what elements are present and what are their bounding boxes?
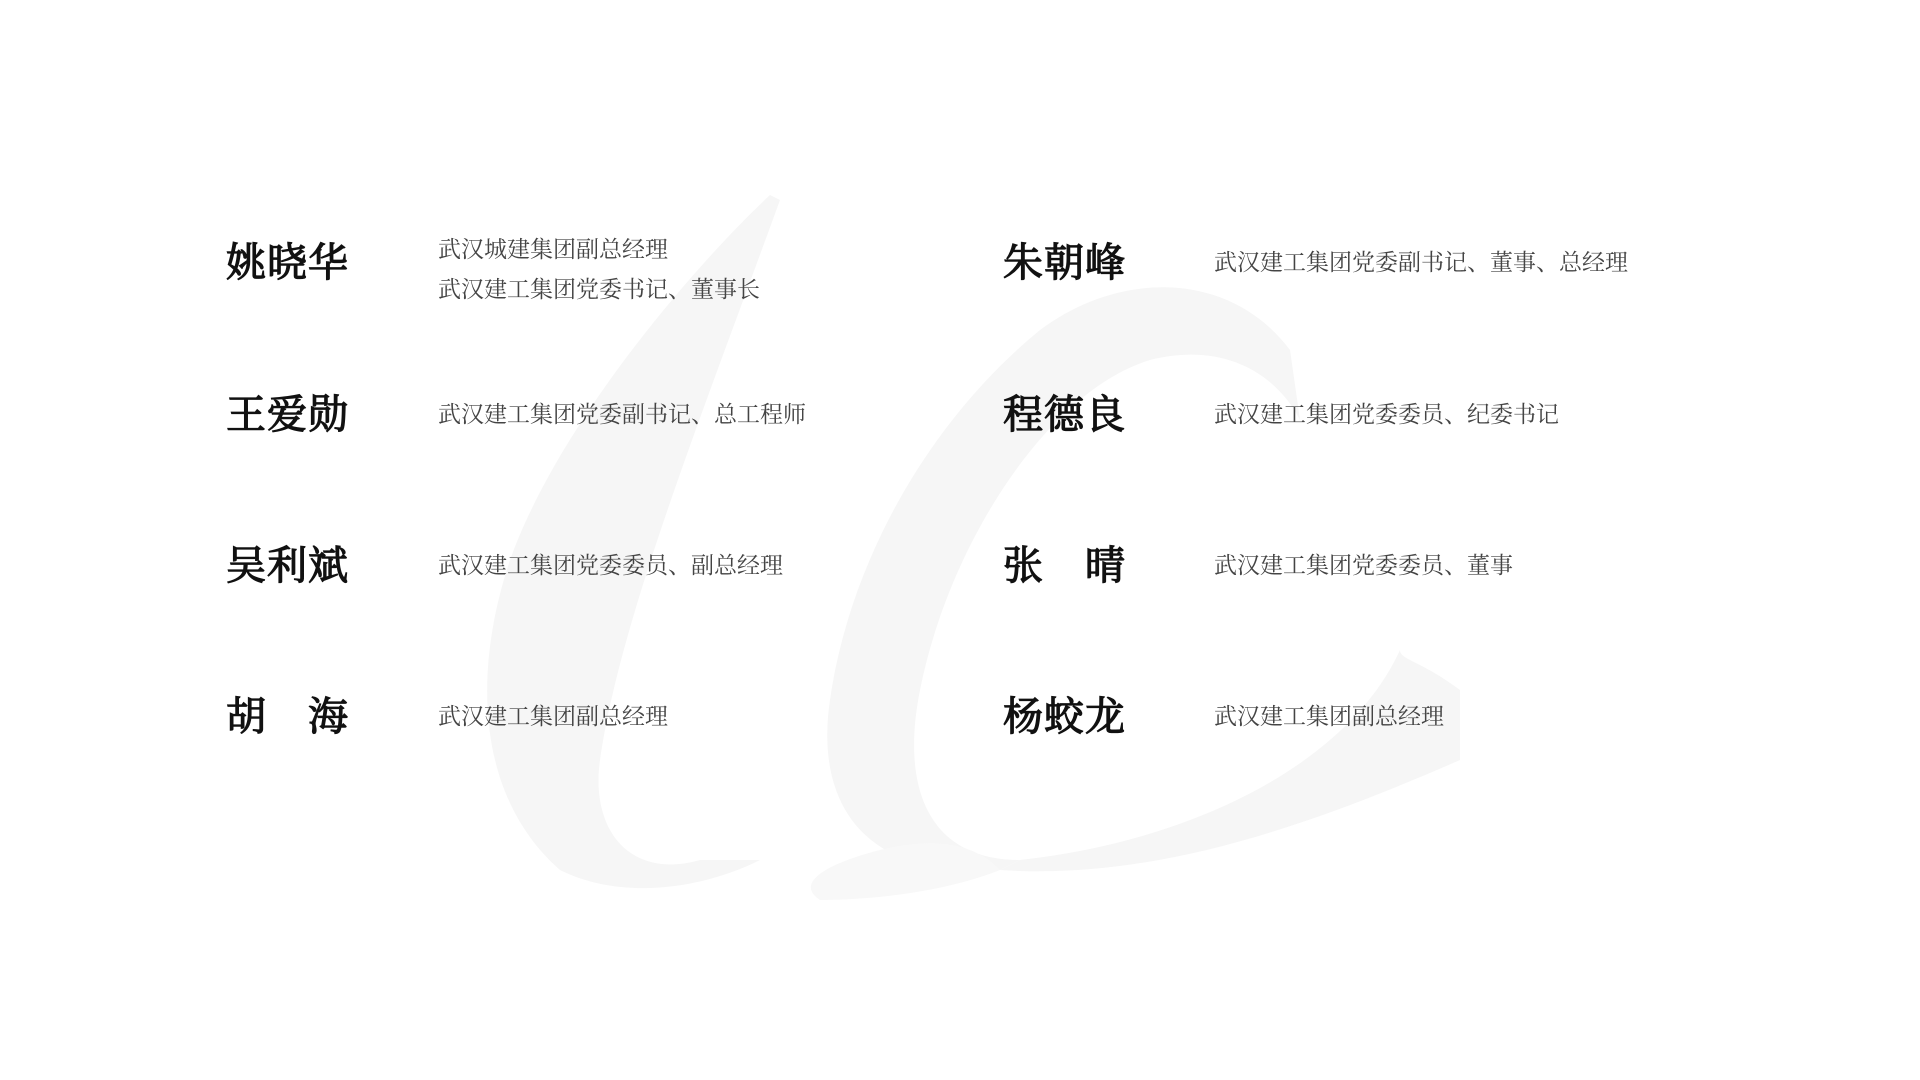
person-title: 武汉建工集团副总经理 bbox=[1214, 697, 1444, 737]
person-name: 张 晴 bbox=[1003, 542, 1126, 590]
person-name: 朱朝峰 bbox=[1003, 239, 1126, 287]
person-title: 武汉建工集团党委委员、纪委书记 bbox=[1214, 395, 1559, 435]
person-name: 王爱勋 bbox=[226, 391, 349, 439]
person-title: 武汉建工集团副总经理 bbox=[438, 697, 668, 737]
person-name: 姚晓华 bbox=[226, 239, 349, 287]
person-title: 武汉城建集团副总经理 bbox=[438, 230, 668, 270]
person-name: 杨蛟龙 bbox=[1003, 693, 1126, 741]
person-name: 吴利斌 bbox=[226, 542, 349, 590]
person-title: 武汉建工集团党委副书记、总工程师 bbox=[438, 395, 806, 435]
person-title: 武汉建工集团党委委员、副总经理 bbox=[438, 546, 783, 586]
person-title: 武汉建工集团党委委员、董事 bbox=[1214, 546, 1513, 586]
person-name: 程德良 bbox=[1003, 391, 1126, 439]
lc-logo-watermark-icon bbox=[0, 0, 1920, 1080]
person-title: 武汉建工集团党委书记、董事长 bbox=[438, 270, 760, 310]
person-name: 胡 海 bbox=[226, 693, 349, 741]
person-title: 武汉建工集团党委副书记、董事、总经理 bbox=[1214, 243, 1628, 283]
